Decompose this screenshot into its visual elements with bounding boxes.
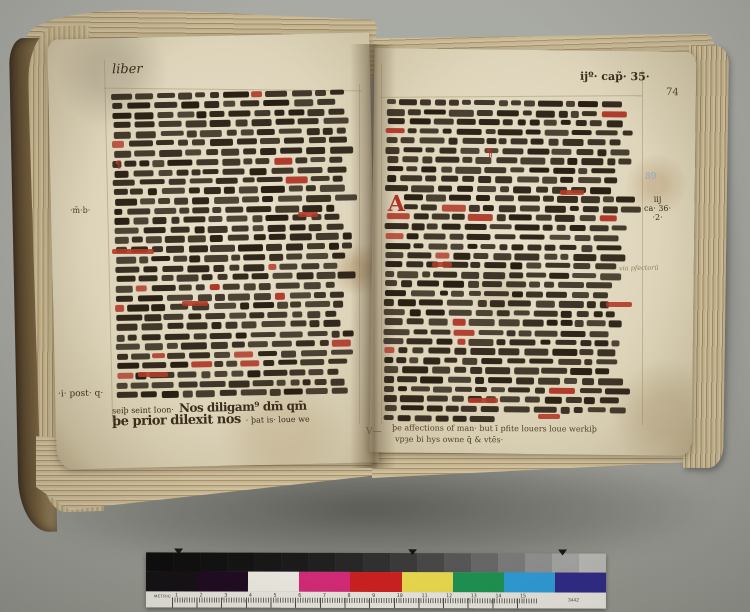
script-word [463, 157, 472, 163]
script-word [597, 359, 618, 365]
script-word [449, 99, 459, 106]
script-word [204, 101, 220, 108]
script-word [566, 397, 581, 403]
script-word [497, 310, 510, 316]
script-word [597, 245, 622, 251]
script-word [430, 329, 450, 335]
running-header-right: ijº· cap̃· 35· [580, 70, 650, 84]
script-word [268, 264, 276, 270]
pilcrow-icon: ¶ [486, 146, 493, 159]
script-word [116, 257, 136, 264]
script-word [499, 205, 516, 212]
script-word [609, 407, 625, 414]
script-word [243, 148, 256, 154]
script-word [498, 320, 520, 327]
script-word [384, 376, 394, 383]
script-word [211, 342, 228, 349]
script-word [404, 194, 424, 200]
ruler-ticks [172, 597, 538, 608]
script-word [530, 138, 543, 145]
script-word [612, 225, 627, 231]
script-word [449, 310, 472, 316]
script-word [157, 112, 174, 119]
script-word [385, 261, 402, 267]
script-word [136, 131, 156, 138]
script-word [397, 271, 418, 278]
script-word [504, 406, 530, 413]
script-word [210, 92, 219, 99]
script-word [580, 388, 602, 394]
script-word [278, 195, 303, 201]
script-word [386, 137, 397, 144]
script-word [257, 176, 283, 182]
rubric-stroke [112, 249, 154, 254]
script-word [435, 157, 459, 163]
gray-step [173, 552, 200, 571]
script-word [544, 244, 555, 250]
script-word [215, 361, 224, 368]
rubric-stroke [560, 190, 584, 195]
script-word [252, 273, 269, 279]
script-word [277, 302, 288, 308]
script-word [457, 339, 465, 345]
gray-step [281, 553, 308, 572]
script-word [189, 187, 200, 193]
color-patch [453, 572, 504, 592]
script-word [566, 100, 575, 107]
script-word [412, 348, 424, 354]
script-word [228, 110, 250, 117]
script-word [445, 405, 458, 411]
script-word [474, 253, 489, 259]
script-word [481, 244, 496, 250]
script-word [524, 100, 535, 107]
script-word [189, 352, 210, 359]
script-word [224, 187, 235, 194]
script-word [611, 340, 620, 346]
script-word [485, 129, 495, 135]
script-word [387, 118, 404, 125]
script-word [411, 386, 430, 392]
script-word [536, 110, 555, 117]
script-word [262, 321, 286, 327]
script-word [558, 282, 584, 288]
script-word [414, 415, 431, 422]
script-word [572, 292, 590, 298]
script-word [543, 224, 553, 230]
script-word [514, 254, 539, 261]
script-word [132, 237, 143, 243]
script-word [453, 319, 466, 325]
script-word [311, 176, 330, 182]
script-word [223, 91, 248, 98]
script-word [306, 147, 325, 154]
script-word [582, 158, 604, 165]
script-word [432, 213, 449, 219]
script-word [196, 284, 205, 290]
script-word [441, 176, 458, 182]
script-word [236, 332, 247, 338]
script-word [498, 348, 519, 355]
script-word [582, 111, 597, 117]
script-word [117, 315, 143, 321]
script-word [178, 371, 197, 378]
margin-note-lower: ·i· post· q· [58, 389, 103, 400]
script-word [343, 233, 352, 240]
ruler-number: 13 [471, 593, 477, 599]
script-word [570, 368, 592, 375]
script-word [205, 313, 225, 319]
script-word [385, 252, 403, 258]
script-line [384, 415, 522, 423]
script-word [494, 195, 514, 202]
script-word [518, 330, 531, 337]
script-word [138, 295, 163, 301]
script-word [317, 99, 335, 105]
gray-step [308, 553, 335, 572]
script-word [181, 342, 207, 349]
script-word [259, 283, 271, 290]
running-header-left: liber [112, 62, 143, 78]
ruler-label: METRIC [154, 593, 171, 598]
script-word [275, 110, 285, 116]
script-word [436, 415, 449, 421]
script-word [152, 382, 174, 388]
script-word [585, 359, 593, 365]
script-word [267, 312, 287, 318]
script-word [409, 357, 418, 363]
script-word [174, 198, 188, 205]
script-word [600, 273, 622, 280]
script-word [481, 406, 499, 413]
script-word [167, 352, 185, 358]
gray-step [363, 553, 390, 572]
script-word [186, 323, 207, 330]
ruler-number: 15 [520, 593, 526, 599]
script-word [384, 299, 394, 306]
script-word [127, 102, 150, 109]
script-word [508, 301, 531, 307]
script-word [429, 319, 449, 326]
script-word [528, 244, 542, 251]
script-word [306, 195, 331, 202]
script-word [439, 147, 457, 153]
script-word [484, 167, 506, 173]
script-word [170, 361, 188, 368]
script-word [469, 290, 481, 296]
script-word [427, 405, 443, 412]
script-word [279, 128, 302, 134]
script-word [452, 396, 464, 402]
script-word [284, 137, 304, 143]
script-word [176, 275, 199, 282]
script-word [184, 216, 206, 222]
script-word [319, 340, 329, 346]
script-word [320, 185, 345, 192]
script-word [421, 204, 437, 210]
script-word [576, 311, 589, 317]
script-word [475, 195, 489, 201]
script-word [595, 340, 609, 346]
script-word [485, 262, 507, 269]
script-word [578, 177, 601, 183]
script-word [253, 380, 274, 387]
script-word [495, 177, 512, 183]
explicit-suffix: · þat is· loue we [246, 415, 310, 425]
script-word [231, 255, 241, 261]
script-word [595, 263, 616, 270]
script-word [161, 131, 184, 137]
script-word [542, 177, 556, 183]
script-word [328, 108, 344, 114]
script-word [296, 340, 315, 346]
script-word [130, 382, 148, 388]
pilcrow-icon: ¶ [115, 160, 121, 171]
gray-step [335, 553, 362, 572]
script-word [281, 350, 296, 357]
script-word [482, 281, 502, 287]
script-word [161, 275, 173, 281]
script-word [153, 217, 167, 224]
ruler-number: 5 [274, 593, 277, 599]
script-word [221, 149, 239, 156]
script-word [426, 194, 447, 201]
script-word [255, 158, 269, 164]
script-word [260, 138, 280, 144]
script-word [297, 273, 314, 279]
script-word [512, 244, 524, 251]
script-word [433, 386, 452, 392]
script-word [114, 209, 122, 215]
script-word [294, 99, 313, 106]
script-word [115, 199, 137, 206]
script-word [141, 324, 162, 331]
script-word [301, 359, 325, 366]
gray-step [471, 553, 498, 572]
script-word [177, 111, 194, 117]
script-word [387, 175, 396, 182]
script-word [578, 100, 599, 107]
script-word [332, 340, 351, 347]
script-word [401, 280, 413, 287]
script-word [331, 379, 345, 386]
ruler-number: 6 [298, 593, 301, 599]
script-word [514, 368, 539, 375]
script-word [135, 93, 153, 100]
script-word [442, 205, 466, 212]
script-word [227, 216, 248, 222]
script-word [512, 291, 523, 298]
script-word [518, 195, 540, 201]
script-word [165, 236, 186, 243]
script-word [428, 243, 448, 249]
script-word [543, 196, 554, 202]
script-word [285, 243, 303, 250]
script-word [266, 244, 282, 251]
script-word [114, 132, 132, 139]
script-word [441, 223, 461, 230]
script-word [156, 140, 173, 146]
script-word [598, 378, 623, 385]
script-word [144, 227, 166, 234]
rubric-stroke [606, 302, 632, 307]
script-word [384, 415, 394, 421]
script-word [302, 379, 310, 385]
script-word [589, 225, 608, 232]
script-word [420, 99, 431, 105]
script-word [427, 223, 438, 229]
script-word [214, 294, 225, 301]
script-word [385, 347, 394, 353]
script-word [450, 243, 464, 249]
script-word [577, 149, 593, 156]
script-word [342, 330, 354, 336]
script-word [417, 280, 439, 286]
script-word [510, 262, 522, 269]
script-word [572, 129, 592, 135]
script-word [496, 339, 505, 345]
script-word [422, 157, 432, 164]
script-word [581, 196, 599, 203]
script-word [146, 236, 162, 243]
script-word [165, 333, 189, 340]
script-word [244, 254, 266, 260]
script-word [496, 214, 506, 221]
script-word [212, 207, 221, 214]
script-word [162, 188, 185, 195]
script-word [327, 166, 347, 173]
script-word [332, 253, 346, 260]
script-word [255, 110, 271, 117]
margin-chapter-3: ·2· [644, 213, 671, 222]
script-word [536, 215, 552, 222]
script-word [323, 263, 337, 269]
folio-number: 74 [666, 87, 679, 98]
script-word [202, 274, 213, 280]
script-word [272, 341, 293, 347]
script-word [406, 166, 417, 172]
script-word [467, 244, 477, 250]
script-word [440, 290, 449, 296]
script-word [420, 377, 444, 384]
script-word [605, 388, 630, 395]
script-word [520, 205, 540, 211]
script-word [478, 176, 491, 183]
script-word [400, 176, 422, 182]
script-word [263, 100, 289, 106]
ruler-number: 10 [397, 593, 403, 599]
script-word [306, 185, 316, 191]
script-word [254, 234, 266, 240]
script-word [587, 320, 606, 326]
script-word [328, 368, 339, 374]
script-word [484, 291, 509, 297]
script-word [242, 177, 254, 183]
gray-step [552, 553, 579, 572]
script-word [330, 89, 344, 95]
script-word [203, 187, 220, 194]
script-word [457, 118, 475, 124]
grayscale-strip [146, 552, 606, 572]
script-word [268, 234, 286, 240]
script-word [535, 330, 558, 336]
script-word [546, 291, 567, 297]
script-word [590, 187, 611, 194]
script-word [329, 157, 343, 163]
script-word [404, 147, 423, 153]
script-word [143, 266, 157, 272]
script-word [593, 292, 609, 299]
script-word [270, 254, 284, 261]
script-word [619, 159, 632, 165]
script-word [115, 227, 139, 234]
script-word [600, 397, 619, 403]
script-word [544, 206, 565, 213]
script-word [596, 130, 618, 136]
script-word [158, 170, 172, 177]
script-word [557, 196, 577, 203]
script-word [260, 148, 276, 155]
script-word [290, 369, 306, 376]
script-word [113, 179, 134, 186]
script-word [581, 340, 592, 346]
script-word [560, 406, 569, 413]
script-word [266, 215, 289, 221]
script-word [316, 233, 339, 240]
script-word [526, 291, 543, 297]
script-word [154, 208, 176, 214]
script-word [475, 387, 487, 393]
script-word [454, 386, 472, 392]
script-word [276, 283, 300, 290]
ruling-line [359, 84, 360, 424]
script-word [572, 273, 596, 279]
script-word [508, 387, 530, 393]
script-word [408, 128, 417, 134]
script-word [397, 376, 417, 382]
script-word [190, 255, 200, 262]
script-word [544, 119, 557, 125]
script-word [441, 166, 453, 172]
script-word [452, 214, 465, 220]
script-word [470, 367, 483, 374]
script-word [338, 272, 356, 279]
script-word [215, 177, 238, 183]
script-word [461, 272, 479, 279]
script-word [411, 290, 435, 297]
script-word [406, 338, 432, 345]
script-word [425, 176, 436, 182]
script-word [457, 128, 482, 135]
script-word [290, 224, 306, 231]
script-word [529, 282, 540, 288]
script-word [463, 176, 475, 182]
script-word [307, 311, 320, 318]
script-word [603, 196, 613, 202]
script-word [276, 380, 285, 386]
script-word [125, 161, 136, 167]
script-word [476, 310, 493, 316]
script-word [511, 100, 521, 106]
script-word [387, 98, 396, 104]
script-word [432, 367, 449, 373]
script-word [449, 110, 473, 117]
script-word [301, 263, 319, 269]
script-word [597, 350, 616, 357]
script-word [525, 129, 541, 135]
script-word [328, 358, 347, 364]
script-word [330, 292, 344, 298]
